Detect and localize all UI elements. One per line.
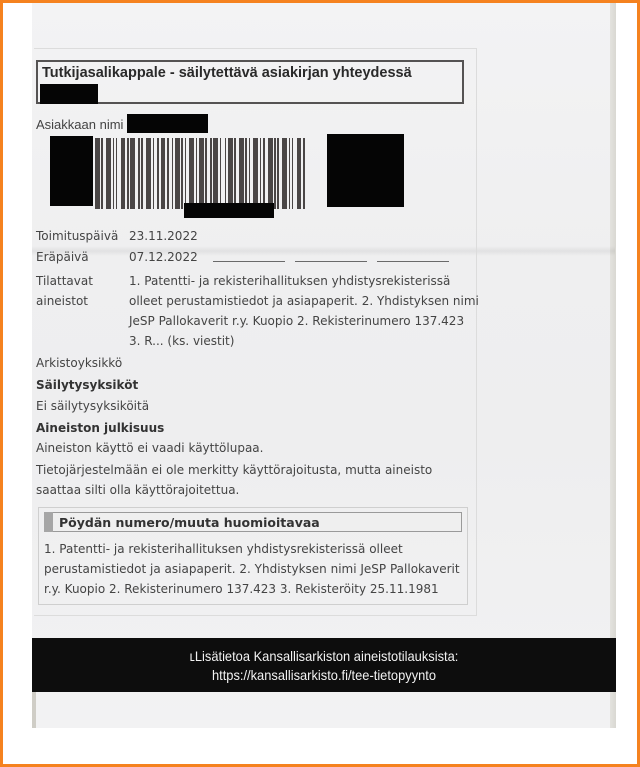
notes-header-accent (44, 512, 53, 532)
barcode (95, 138, 325, 209)
publicity-heading: Aineiston julkisuus (36, 421, 164, 435)
barcode-bar (199, 138, 204, 209)
notes-text: 1. Patentti- ja rekisterihallituksen yhd… (44, 539, 474, 599)
barcode-bar (101, 138, 103, 209)
barcode-bar (138, 138, 140, 209)
barcode-bar (249, 138, 251, 209)
barcode-bar (121, 138, 126, 209)
ordered-materials-value: 1. Patentti- ja rekisterihallituksen yhd… (129, 271, 479, 351)
barcode-bar (146, 138, 151, 209)
customer-name-label: Asiakkaan nimi (36, 117, 123, 132)
redacted-title-id (40, 84, 98, 104)
barcode-bar (116, 138, 118, 209)
publicity-line-1: Aineiston käyttö ei vaadi käyttölupaa. (36, 441, 263, 455)
barcode-bar (277, 138, 279, 209)
signature-line-1 (213, 261, 285, 262)
storage-units-value: Ei säilytysyksiköitä (36, 399, 149, 413)
barcode-bar (141, 138, 143, 209)
barcode-bar (253, 138, 258, 209)
barcode-bar (225, 138, 227, 209)
barcode-bar (282, 138, 287, 209)
redacted-barcode-number (184, 203, 274, 218)
publicity-line-2: Tietojärjestelmään ei ole merkitty käytt… (36, 460, 456, 500)
barcode-bar (181, 138, 183, 209)
signature-line-2 (295, 261, 367, 262)
barcode-bar (175, 138, 180, 209)
paper-edge-shadow (610, 3, 616, 728)
barcode-bar (113, 138, 115, 209)
barcode-bar (210, 138, 212, 209)
archive-unit-label: Arkistoyksikkö (36, 356, 122, 370)
barcode-bar (205, 138, 207, 209)
barcode-bar (297, 138, 302, 209)
footer-info-text: ʟLisätietoa Kansallisarkiston aineistoti… (55, 648, 592, 664)
barcode-bar (260, 138, 262, 209)
document-title: Tutkijasalikappale - säilytettävä asiaki… (42, 65, 412, 81)
barcode-bar (153, 138, 155, 209)
barcode-bar (303, 138, 305, 209)
barcode-bar (196, 138, 198, 209)
storage-units-heading: Säilytysyksiköt (36, 378, 138, 392)
barcode-bar (245, 138, 247, 209)
barcode-bar (157, 138, 159, 209)
due-date-value: 07.12.2022 (129, 250, 198, 264)
barcode-bar (239, 138, 244, 209)
barcode-bar (274, 138, 276, 209)
redacted-barcode-right (327, 134, 404, 207)
barcode-bar (234, 138, 236, 209)
barcode-bar (172, 138, 174, 209)
barcode-bar (268, 138, 273, 209)
footer-banner (32, 638, 616, 692)
delivery-date-value: 23.11.2022 (129, 229, 198, 243)
barcode-bar (130, 138, 135, 209)
ordered-materials-label: Tilattavat aineistot (36, 271, 116, 311)
barcode-bar (289, 138, 291, 209)
barcode-bar (220, 138, 222, 209)
barcode-bar (95, 138, 100, 209)
redacted-customer-name (127, 114, 208, 133)
barcode-bar (263, 138, 265, 209)
barcode-bar (185, 138, 187, 209)
barcode-bar (167, 138, 169, 209)
barcode-bar (161, 138, 166, 209)
due-date-label: Eräpäivä (36, 250, 89, 264)
notes-heading: Pöydän numero/muuta huomioitavaa (59, 515, 320, 530)
delivery-date-label: Toimituspäivä (36, 229, 118, 243)
barcode-bar (106, 138, 111, 209)
barcode-bar (228, 138, 233, 209)
footer-link[interactable]: https://kansallisarkisto.fi/tee-tietopyy… (55, 667, 592, 683)
barcode-bar (127, 138, 129, 209)
barcode-bar (292, 138, 294, 209)
barcode-bar (189, 138, 194, 209)
barcode-bar (213, 138, 218, 209)
signature-line-3 (377, 261, 449, 262)
redacted-barcode-left (50, 136, 93, 206)
